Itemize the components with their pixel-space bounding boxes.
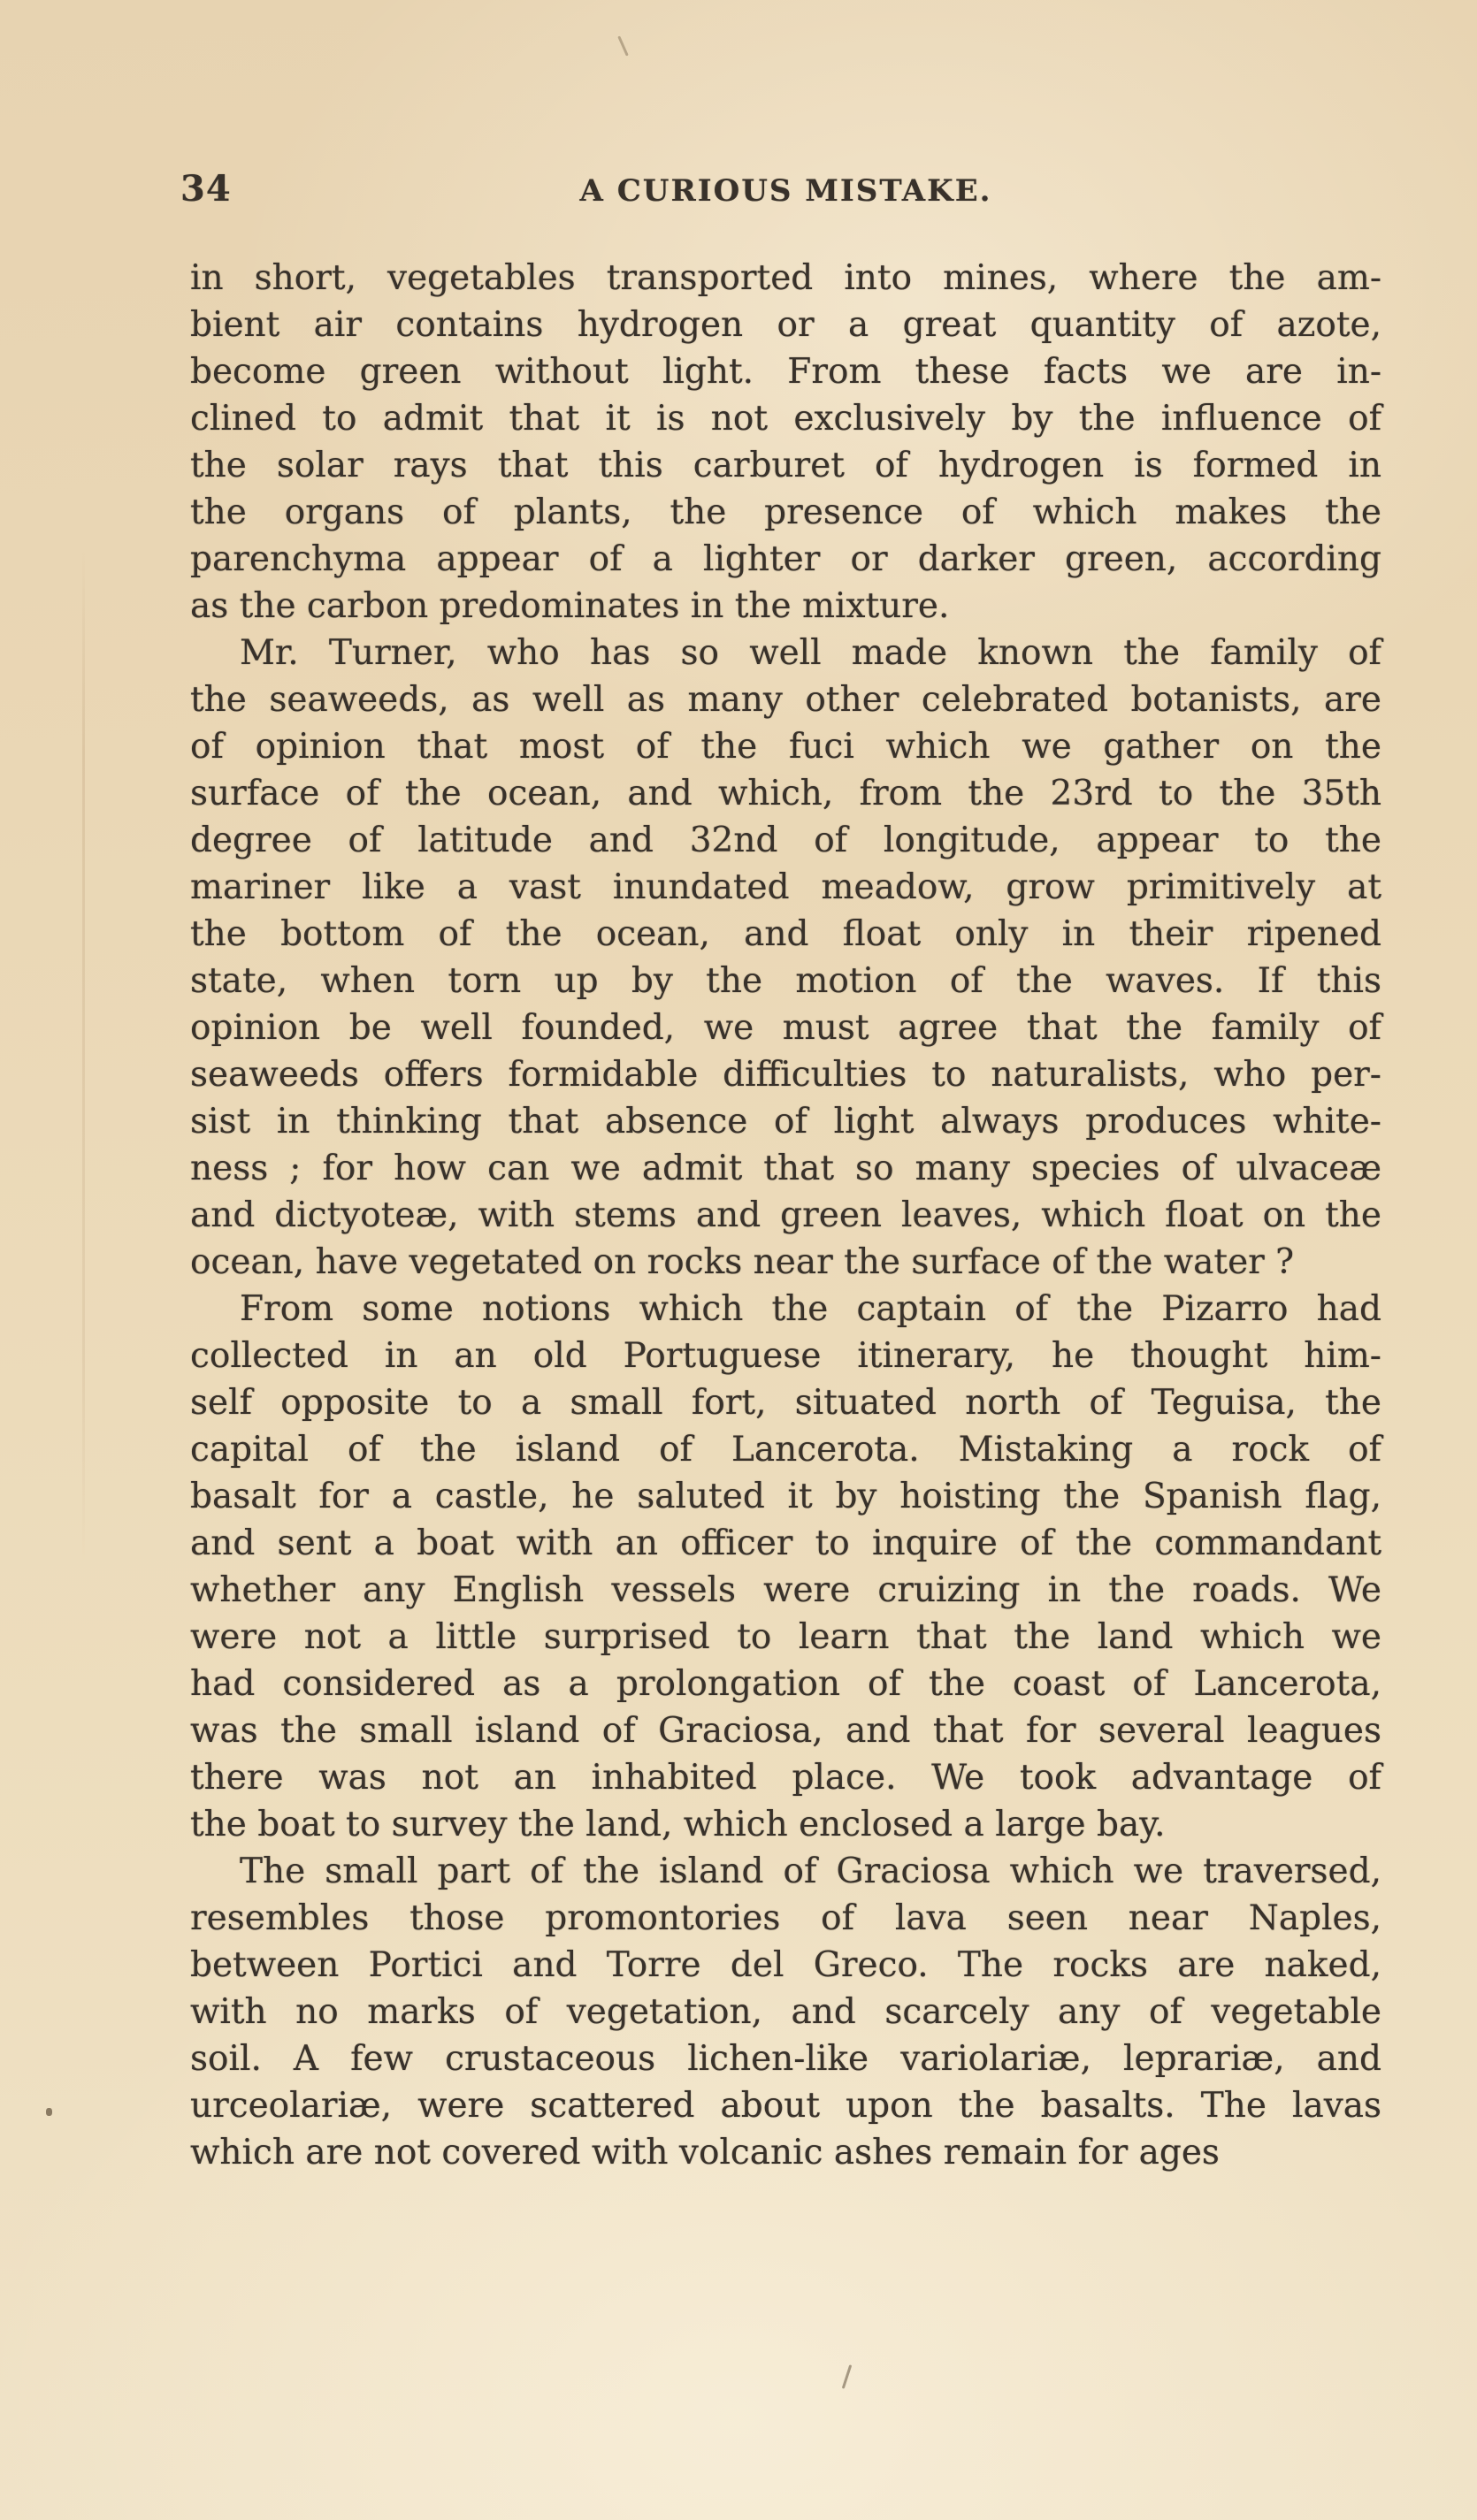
text-line: which are not covered with volcanic ashe… (190, 2129, 1381, 2176)
text-line: From some notions which the captain of t… (190, 1286, 1381, 1333)
text-line: had considered as a prolongation of the … (190, 1661, 1381, 1707)
text-line: parenchyma appear of a lighter or darker… (190, 536, 1381, 583)
text-line: the organs of plants, the presence of wh… (190, 489, 1381, 536)
text-line: soil. A few crustaceous lichen-like vari… (190, 2035, 1381, 2082)
text-line: the boat to survey the land, which enclo… (190, 1801, 1381, 1848)
ink-speck (46, 2108, 52, 2116)
text-line: there was not an inhabited place. We too… (190, 1754, 1381, 1801)
paragraph: From some notions which the captain of t… (190, 1286, 1381, 1848)
text-line: and sent a boat with an officer to inqui… (190, 1520, 1381, 1567)
text-line: as the carbon predominates in the mixtur… (190, 583, 1381, 630)
book-page-scan: 34 A CURIOUS MISTAKE. in short, vegetabl… (0, 0, 1477, 2520)
text-line: seaweeds offers formidable difficulties … (190, 1051, 1381, 1098)
text-line: sist in thinking that absence of light a… (190, 1098, 1381, 1145)
text-line: The small part of the island of Graciosa… (190, 1848, 1381, 1895)
text-line: ocean, have vegetated on rocks near the … (190, 1239, 1381, 1286)
text-line: were not a little surprised to learn tha… (190, 1614, 1381, 1661)
text-line: surface of the ocean, and which, from th… (190, 770, 1381, 817)
text-line: self opposite to a small fort, situated … (190, 1379, 1381, 1426)
text-line: state, when torn up by the motion of the… (190, 958, 1381, 1004)
text-line: urceolariæ, were scattered about upon th… (190, 2082, 1381, 2129)
paragraph: in short, vegetables transported into mi… (190, 255, 1381, 630)
running-title: A CURIOUS MISTAKE. (190, 173, 1381, 209)
text-line: opinion be well founded, we must agree t… (190, 1004, 1381, 1051)
text-line: and dictyoteæ, with stems and green leav… (190, 1192, 1381, 1239)
text-line: the seaweeds, as well as many other cele… (190, 676, 1381, 723)
paper-crease (82, 548, 85, 1565)
text-line: the solar rays that this carburet of hyd… (190, 442, 1381, 489)
ink-speck (842, 2364, 853, 2389)
paragraph: The small part of the island of Graciosa… (190, 1848, 1381, 2176)
text-line: between Portici and Torre del Greco. The… (190, 1942, 1381, 1989)
ink-speck (617, 35, 629, 56)
text-line: basalt for a castle, he saluted it by ho… (190, 1473, 1381, 1520)
text-line: clined to admit that it is not exclusive… (190, 395, 1381, 442)
text-line: bient air contains hydrogen or a great q… (190, 302, 1381, 348)
text-line: collected in an old Portuguese itinerary… (190, 1333, 1381, 1379)
text-line: degree of latitude and 32nd of longitude… (190, 817, 1381, 864)
text-line: was the small island of Graciosa, and th… (190, 1707, 1381, 1754)
text-line: resembles those promontories of lava see… (190, 1895, 1381, 1942)
text-line: whether any English vessels were cruizin… (190, 1567, 1381, 1614)
text-line: in short, vegetables transported into mi… (190, 255, 1381, 302)
text-line: the bottom of the ocean, and float only … (190, 911, 1381, 958)
paragraph: Mr. Turner, who has so well made known t… (190, 630, 1381, 1286)
text-line: ness ; for how can we admit that so many… (190, 1145, 1381, 1192)
text-line: Mr. Turner, who has so well made known t… (190, 630, 1381, 676)
text-line: become green without light. From these f… (190, 348, 1381, 395)
text-line: of opinion that most of the fuci which w… (190, 723, 1381, 770)
text-line: with no marks of vegetation, and scarcel… (190, 1989, 1381, 2035)
text-line: mariner like a vast inundated meadow, gr… (190, 864, 1381, 911)
page-body: in short, vegetables transported into mi… (190, 255, 1381, 2176)
text-line: capital of the island of Lancerota. Mist… (190, 1426, 1381, 1473)
